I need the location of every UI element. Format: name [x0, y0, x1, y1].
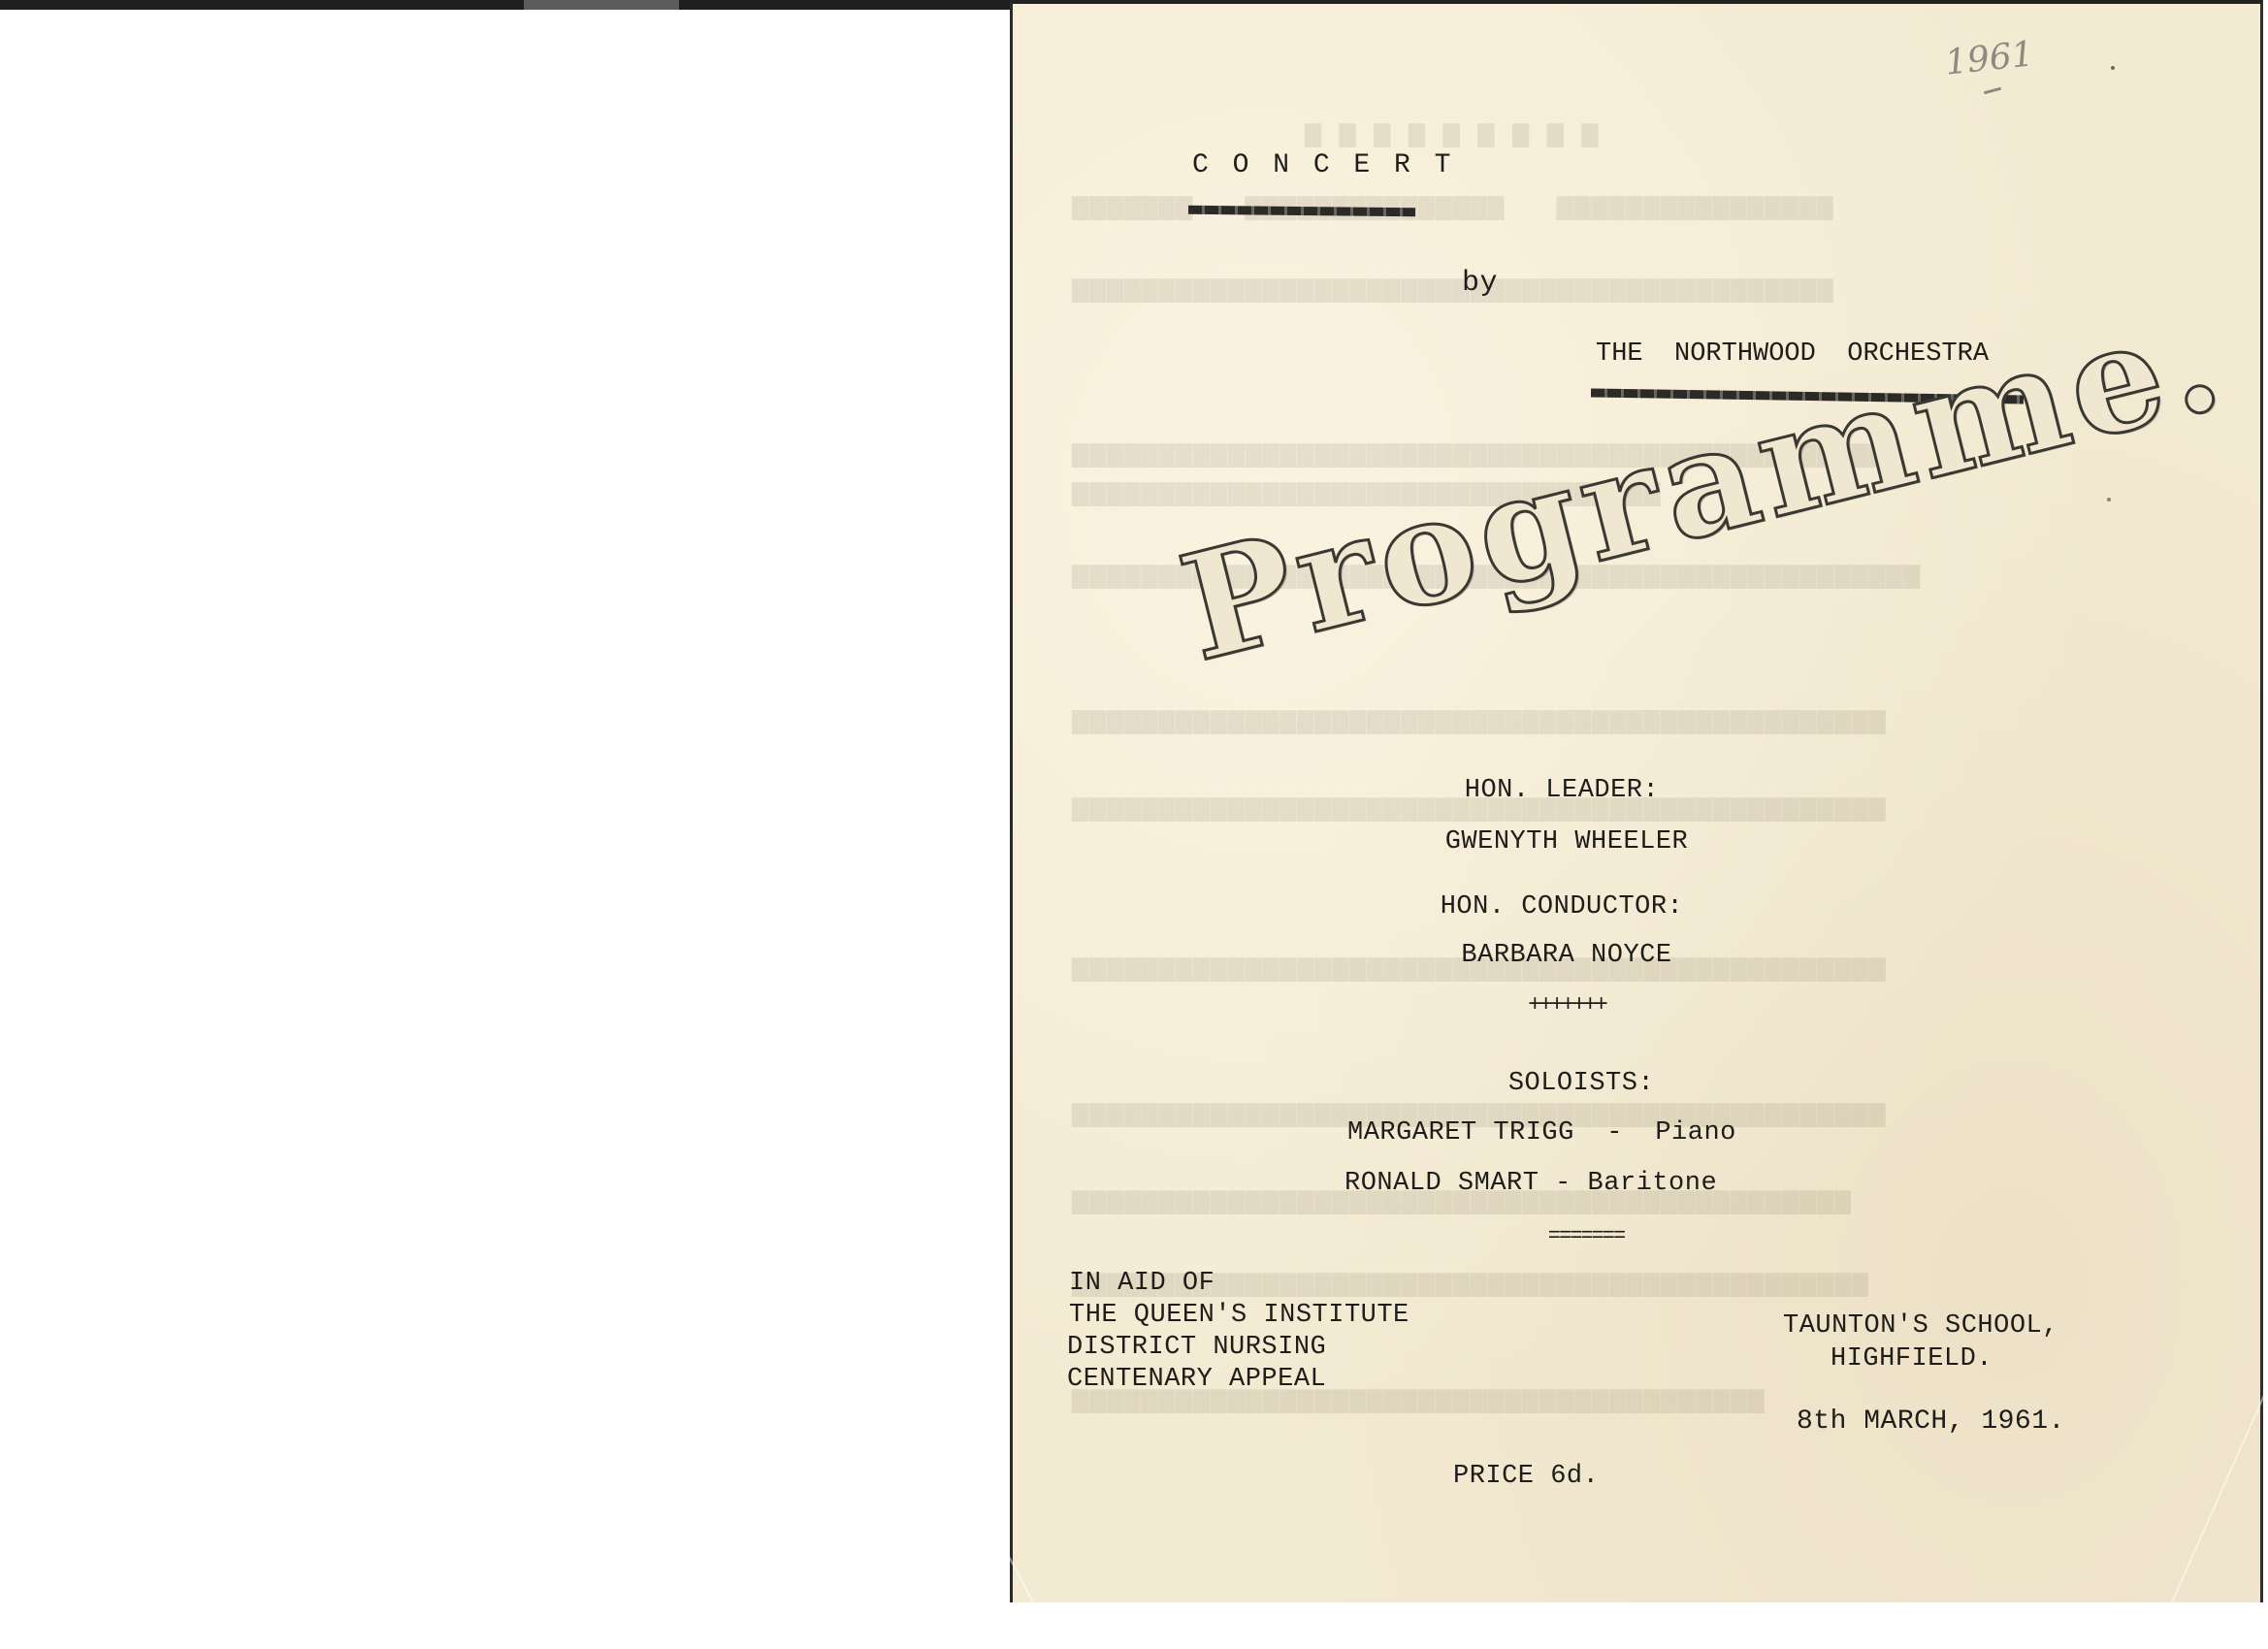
separator-equals: ======= — [1344, 1224, 1829, 1248]
scanner-edge-strip — [0, 0, 1014, 10]
soloist-piano: MARGARET TRIGG - Piano — [1347, 1118, 1736, 1148]
reverse-show-through: ▆▆▆▆▆▆▆▆▆▆▆▆▆▆▆▆▆▆▆▆▆▆▆▆▆▆▆▆▆▆▆▆▆▆▆▆▆▆▆▆… — [1071, 702, 1885, 736]
venue-line-1: TAUNTON'S SCHOOL, — [1783, 1311, 2058, 1341]
concert-title: C O N C E R T — [1192, 150, 1454, 180]
charity-line-4: CENTENARY APPEAL — [1067, 1365, 1326, 1394]
scanner-glare — [524, 0, 679, 10]
conductor-name: BARBARA NOYCE — [1324, 941, 1809, 970]
paper-speck — [2107, 498, 2111, 501]
venue-line-2: HIGHFIELD. — [1831, 1344, 1993, 1374]
reverse-show-through: ▆ ▆ ▆ ▆ ▆ ▆ ▆ ▆ ▆ — [1304, 115, 1598, 149]
paper-crease — [932, 1413, 1034, 1602]
reverse-show-through: ▆▆▆▆▆▆▆▆▆▆▆▆▆▆▆▆▆▆▆▆▆▆▆▆▆▆▆▆▆▆▆▆▆▆▆▆▆▆▆▆… — [1071, 271, 1833, 305]
reverse-show-through: ▆▆▆▆▆▆▆▆▆▆▆▆▆▆▆▆ ▆▆▆▆▆▆▆▆▆▆▆▆▆▆▆ ▆▆▆▆▆▆▆ — [1071, 188, 1832, 222]
paper-crease — [2171, 1372, 2268, 1602]
soloists-label: SOLOISTS: — [1339, 1069, 1824, 1098]
charity-line-3: DISTRICT NURSING — [1067, 1333, 1326, 1362]
separator-plus: +++++++ — [1324, 992, 1809, 1018]
by-text: by — [1462, 267, 1498, 300]
leader-label: HON. LEADER: — [1319, 776, 1804, 805]
concert-date: 8th MARCH, 1961. — [1797, 1406, 2065, 1437]
paper-speck — [2111, 66, 2115, 70]
leader-name: GWENYTH WHEELER — [1324, 827, 1809, 857]
conductor-label: HON. CONDUCTOR: — [1319, 892, 1804, 921]
charity-line-2: THE QUEEN'S INSTITUTE — [1069, 1301, 1409, 1330]
soloist-baritone: RONALD SMART - Baritone — [1345, 1169, 1717, 1198]
charity-line-1: IN AID OF — [1069, 1269, 1215, 1298]
price: PRICE 6d. — [1453, 1462, 1599, 1491]
